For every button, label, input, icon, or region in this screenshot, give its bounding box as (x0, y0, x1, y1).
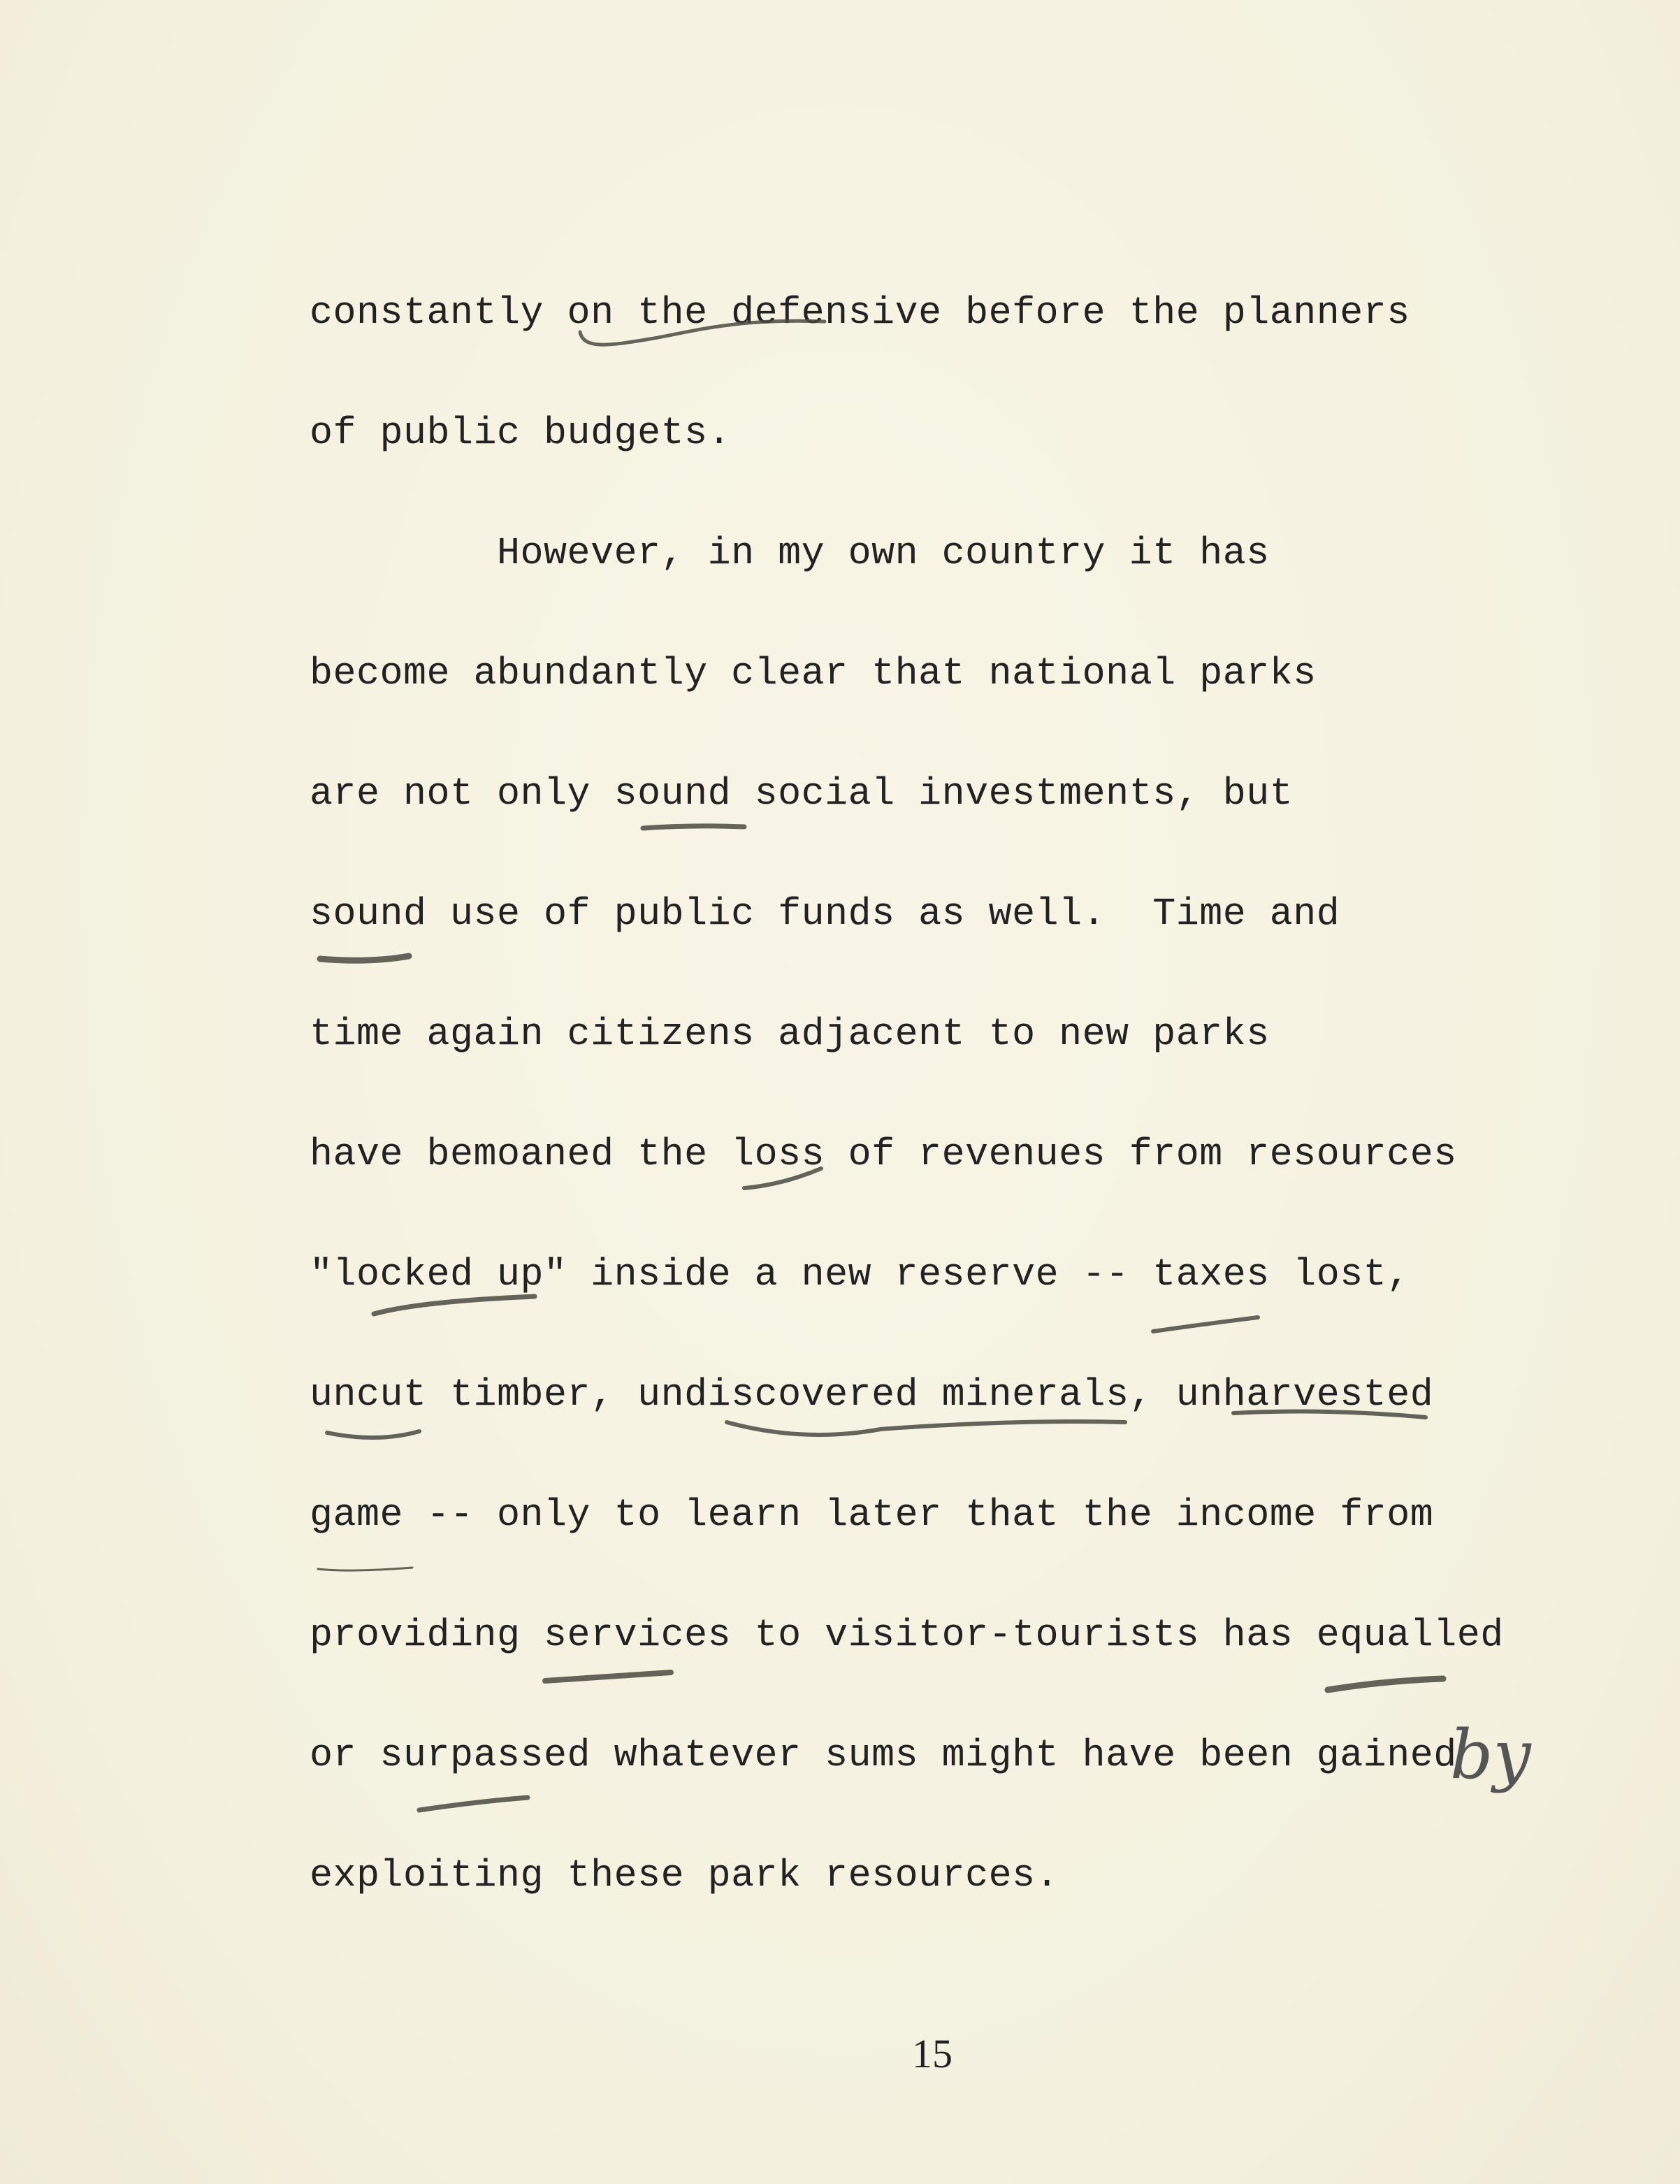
text-line-10: uncut timber, undiscovered minerals, unh… (310, 1375, 1433, 1414)
text-line-2: of public budgets. (310, 414, 731, 452)
text-line-3: However, in my own country it has (310, 534, 1270, 572)
text-line-8: have bemoaned the loss of revenues from … (310, 1135, 1457, 1173)
page-number: 15 (912, 2030, 953, 2077)
text-line-7: time again citizens adjacent to new park… (310, 1015, 1270, 1053)
text-line-13: or surpassed whatever sums might have be… (310, 1736, 1457, 1774)
text-line-14: exploiting these park resources. (310, 1856, 1059, 1895)
text-line-4: become abundantly clear that national pa… (310, 654, 1317, 693)
text-line-6: sound use of public funds as well. Time … (310, 895, 1340, 933)
typed-page: constantly on the defensive before the p… (0, 0, 1680, 2184)
text-line-9: "locked up" inside a new reserve -- taxe… (310, 1255, 1410, 1294)
handwritten-insertion: by (1450, 1716, 1531, 1794)
text-line-5: are not only sound social investments, b… (310, 774, 1293, 813)
text-line-11: game -- only to learn later that the inc… (310, 1496, 1433, 1534)
text-line-1: constantly on the defensive before the p… (310, 294, 1410, 332)
text-line-12: providing services to visitor-tourists h… (310, 1616, 1504, 1654)
